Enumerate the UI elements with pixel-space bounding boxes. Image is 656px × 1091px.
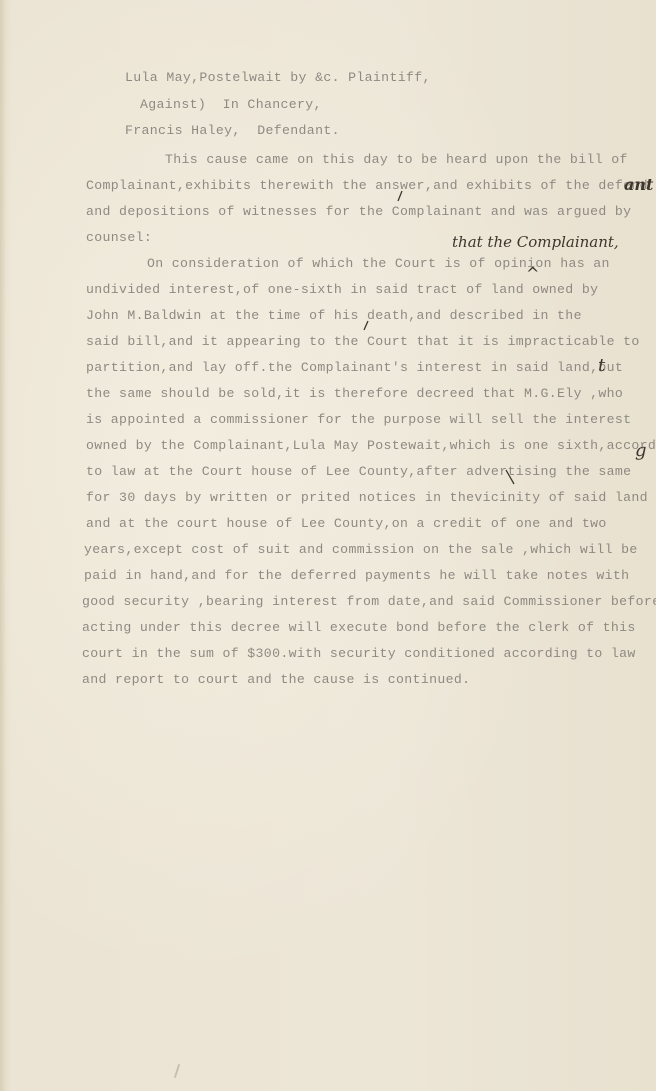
document-page: Lula May,Postelwait by &c. Plaintiff, Ag… <box>0 0 656 1091</box>
pen-strokes <box>0 0 656 1091</box>
